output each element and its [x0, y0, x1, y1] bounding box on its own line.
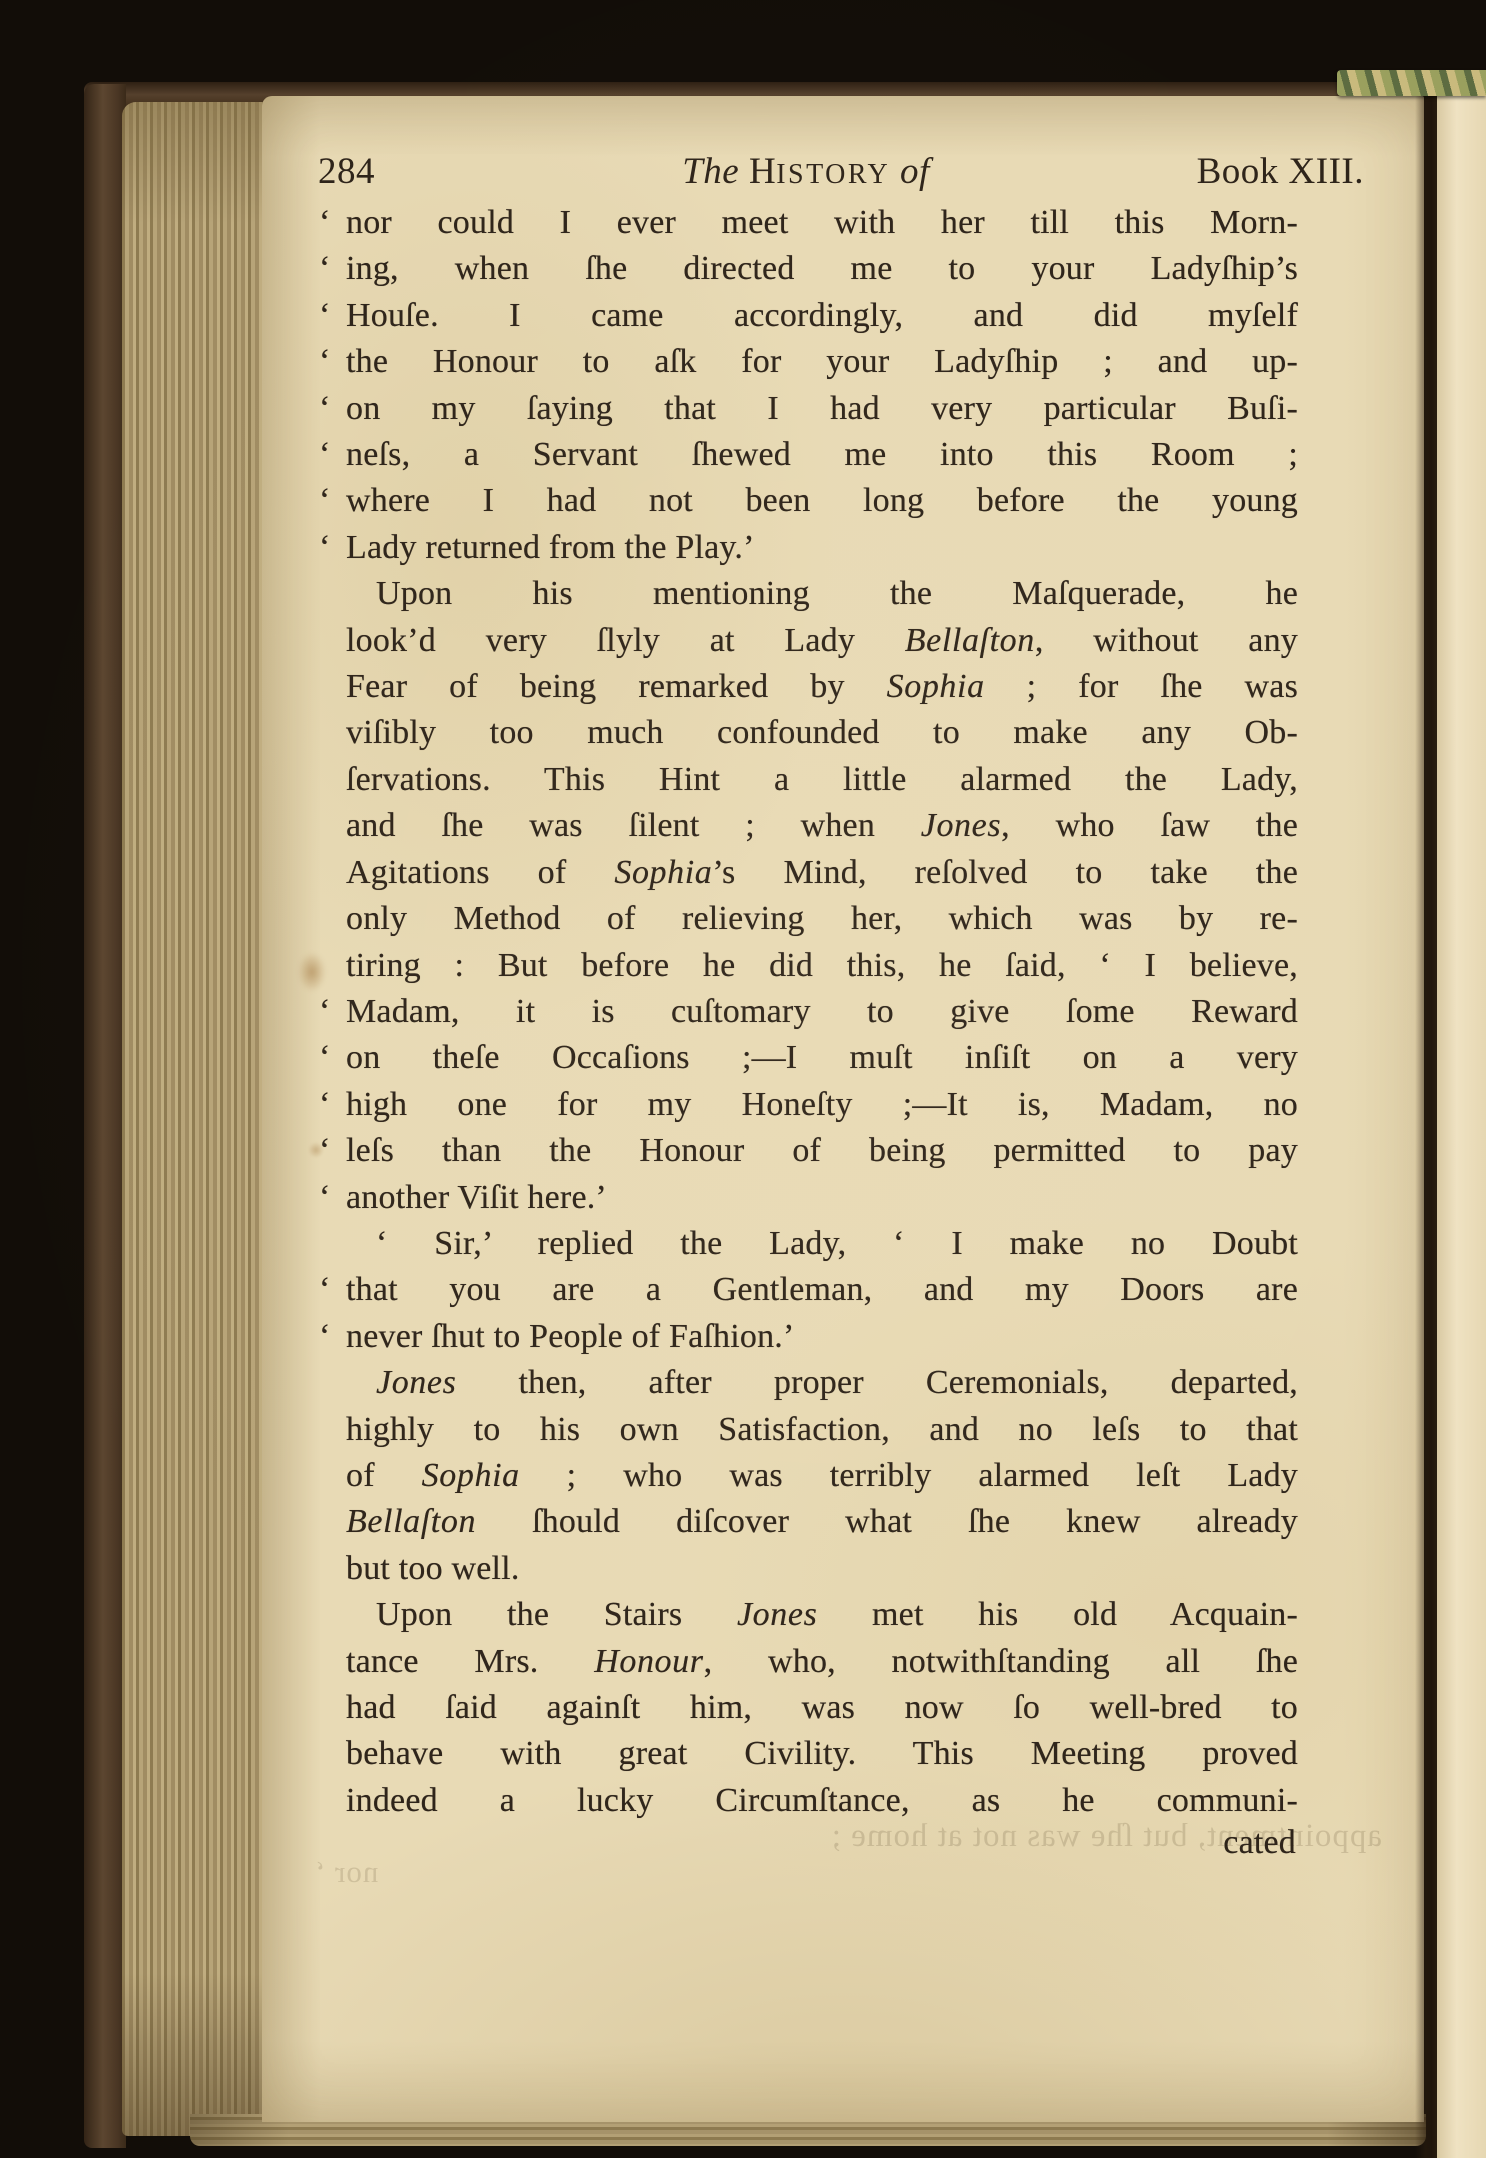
hanging-quote-mark: ‘ — [319, 1035, 331, 1081]
running-title: The HISTORY of — [478, 150, 1134, 193]
text-line: ‘that you are a Gentleman, and my Doors … — [346, 1267, 1298, 1313]
text-line: viſibly too much confounded to make any … — [346, 710, 1298, 756]
text-line: Fear of being remarked by Sophia ; for ſ… — [346, 664, 1298, 710]
hanging-quote-mark: ‘ — [319, 525, 331, 571]
text-line: Agitations of Sophia’s Mind, reſolved to… — [346, 850, 1298, 896]
hanging-quote-mark: ‘ — [319, 1267, 331, 1313]
text-line: Upon the Stairs Jones met his old Acquai… — [346, 1592, 1298, 1638]
text-line: ſervations. This Hint a little alarmed t… — [346, 757, 1298, 803]
hanging-quote-mark: ‘ — [319, 1082, 331, 1128]
photo-background: appointment, but ſhe was not at home ; n… — [0, 0, 1486, 2158]
page-number: 284 — [318, 150, 478, 193]
paper-stain — [298, 952, 326, 992]
hanging-quote-mark: ‘ — [319, 432, 331, 478]
text-line: ‘never ſhut to People of Faſhion.’ — [346, 1314, 1298, 1360]
text-line: tiring : But before he did this, he ſaid… — [346, 943, 1298, 989]
catchword: cated — [346, 1820, 1298, 1866]
book-cover-left-edge — [84, 84, 126, 2148]
book-label: Book XIII. — [1134, 150, 1364, 193]
running-title-history-initial: H — [749, 151, 776, 192]
running-title-history-rest: ISTORY — [776, 159, 890, 190]
text-line: ‘neſs, a Servant ſhewed me into this Roo… — [346, 432, 1298, 478]
facing-page-sliver — [1437, 88, 1486, 2158]
text-line: ‘high one for my Honeſty ;—It is, Madam,… — [346, 1082, 1298, 1128]
hanging-quote-mark: ‘ — [319, 200, 331, 246]
hanging-quote-mark: ‘ — [319, 1128, 331, 1174]
running-title-the: The — [682, 151, 739, 192]
hanging-quote-mark: ‘ — [319, 386, 331, 432]
text-line: ‘ing, when ſhe directed me to your Ladyſ… — [346, 246, 1298, 292]
text-block: ‘nor could I ever meet with her till thi… — [346, 200, 1298, 1867]
headband — [1337, 70, 1486, 96]
hanging-quote-mark: ‘ — [319, 1175, 331, 1221]
text-line: ‘nor could I ever meet with her till thi… — [346, 200, 1298, 246]
text-line: ‘Lady returned from the Play.’ — [346, 525, 1298, 571]
page-edge-stack — [122, 102, 268, 2136]
page-header: 284 The HISTORY of Book XIII. — [318, 150, 1364, 193]
text-line: Bellaſton ſhould diſcover what ſhe knew … — [346, 1499, 1298, 1545]
text-line: of Sophia ; who was terribly alarmed leſ… — [346, 1453, 1298, 1499]
text-line: ‘Madam, it is cuſtomary to give ſome Rew… — [346, 989, 1298, 1035]
text-line: ‘on theſe Occaſions ;—I muſt inſiſt on a… — [346, 1035, 1298, 1081]
book-page: appointment, but ſhe was not at home ; n… — [262, 96, 1424, 2122]
hanging-quote-mark: ‘ — [319, 1314, 331, 1360]
hanging-quote-mark: ‘ — [319, 246, 331, 292]
hanging-quote-mark: ‘ — [319, 339, 331, 385]
text-line: behave with great Civility. This Meeting… — [346, 1731, 1298, 1777]
text-line: look’d very ſlyly at Lady Bellaſton, wit… — [346, 618, 1298, 664]
text-line: Jones then, after proper Ceremonials, de… — [346, 1360, 1298, 1406]
text-line: ‘another Viſit here.’ — [346, 1175, 1298, 1221]
text-line: only Method of relieving her, which was … — [346, 896, 1298, 942]
text-line: Upon his mentioning the Maſquerade, he — [346, 571, 1298, 617]
text-line: ‘the Honour to aſk for your Ladyſhip ; a… — [346, 339, 1298, 385]
text-line: and ſhe was ſilent ; when Jones, who ſaw… — [346, 803, 1298, 849]
text-line: ‘leſs than the Honour of being permitted… — [346, 1128, 1298, 1174]
running-title-of: of — [900, 151, 930, 192]
text-line: ‘where I had not been long before the yo… — [346, 478, 1298, 524]
hanging-quote-mark: ‘ — [319, 989, 331, 1035]
text-line: had ſaid againſt him, was now ſo well-br… — [346, 1685, 1298, 1731]
text-line: indeed a lucky Circumſtance, as he commu… — [346, 1778, 1298, 1824]
text-line: but too well. — [346, 1546, 1298, 1592]
text-line: ‘ Sir,’ replied the Lady, ‘ I make no Do… — [346, 1221, 1298, 1267]
text-line: tance Mrs. Honour, who, notwithſtanding … — [346, 1639, 1298, 1685]
text-line: ‘on my ſaying that I had very particular… — [346, 386, 1298, 432]
text-line: highly to his own Satisfaction, and no l… — [346, 1407, 1298, 1453]
hanging-quote-mark: ‘ — [319, 478, 331, 524]
hanging-quote-mark: ‘ — [319, 293, 331, 339]
text-line: ‘Houſe. I came accordingly, and did myſe… — [346, 293, 1298, 339]
